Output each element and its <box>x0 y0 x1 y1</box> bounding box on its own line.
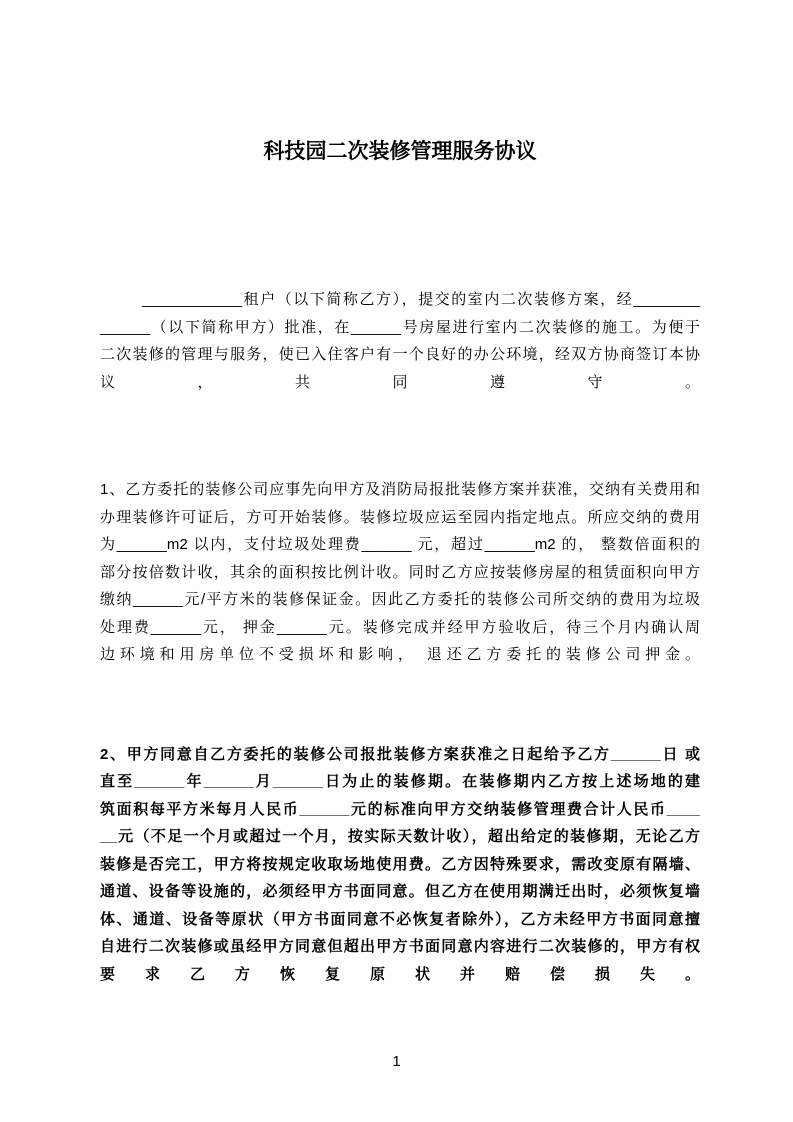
clause-2-paragraph: 2、甲方同意自乙方委托的装修公司报批装修方案获准之日起给予乙方______日 或… <box>100 741 700 989</box>
page-number: 1 <box>0 1048 793 1075</box>
paragraph-line: 部分按倍数计收，其余的面积按比例计收。同时乙方应按装修房屋的租赁面积向甲方 <box>100 559 700 587</box>
intro-paragraph: ____________租户（以下简称乙方），提交的室内二次装修方案，经____… <box>100 286 700 396</box>
paragraph-line: 二次装修的管理与服务，使已入住客户有一个良好的办公环境，经双方协商签订本协 <box>100 341 700 369</box>
paragraph-line: 处理费______元， 押金______元。装修完成并经甲方验收后，待三个月内确… <box>100 614 700 642</box>
paragraph-line: 边环境和用房单位不受损坏和影响， 退还乙方委托的装修公司押金。 <box>100 641 700 669</box>
paragraph-line: 筑面积每平方米每月人民币______元的标准向甲方交纳装修管理费合计人民币___… <box>100 796 700 824</box>
paragraph-line: 为______m2 以内，支付垃圾处理费______ 元，超过______m2 … <box>100 531 700 559</box>
paragraph-line: ____________租户（以下简称乙方），提交的室内二次装修方案，经____… <box>100 286 700 314</box>
paragraph-line: __元（不足一个月或超过一个月，按实际天数计收），超出给定的装修期，无论乙方 <box>100 823 700 851</box>
paragraph-line: 议，共同遵守。 <box>100 369 700 397</box>
paragraph-line: ______（以下简称甲方）批准，在______号房屋进行室内二次装修的施工。为… <box>100 314 700 342</box>
paragraph-line: 通道、设备等设施的，必须经甲方书面同意。但乙方在使用期满迁出时，必须恢复墙 <box>100 878 700 906</box>
paragraph-line: 装修是否完工，甲方将按规定收取场地使用费。乙方因特殊要求，需改变原有隔墙、 <box>100 851 700 879</box>
paragraph-line: 缴纳______元/平方米的装修保证金。因此乙方委托的装修公司所交纳的费用为垃圾 <box>100 586 700 614</box>
clause-1-paragraph: 1、乙方委托的装修公司应事先向甲方及消防局报批装修方案并获准，交纳有关费用和 办… <box>100 476 700 669</box>
paragraph-line: 体、通道、设备等原状（甲方书面同意不必恢复者除外），乙方未经甲方书面同意擅 <box>100 906 700 934</box>
document-page: 科技园二次装修管理服务协议 ____________租户（以下简称乙方），提交的… <box>0 0 793 1122</box>
paragraph-line: 办理装修许可证后，方可开始装修。装修垃圾应运至园内指定地点。所应交纳的费用 <box>100 504 700 532</box>
document-body: 科技园二次装修管理服务协议 ____________租户（以下简称乙方），提交的… <box>0 0 793 988</box>
paragraph-line: 直至______年______月______日为止的装修期。在装修期内乙方按上述… <box>100 768 700 796</box>
document-title: 科技园二次装修管理服务协议 <box>100 136 700 168</box>
paragraph-line: 1、乙方委托的装修公司应事先向甲方及消防局报批装修方案并获准，交纳有关费用和 <box>100 476 700 504</box>
paragraph-line: 2、甲方同意自乙方委托的装修公司报批装修方案获准之日起给予乙方______日 或 <box>100 741 700 769</box>
paragraph-line: 要求乙方恢复原状并赔偿损失。 <box>100 961 700 989</box>
paragraph-line: 自进行二次装修或虽经甲方同意但超出甲方书面同意内容进行二次装修的，甲方有权 <box>100 933 700 961</box>
